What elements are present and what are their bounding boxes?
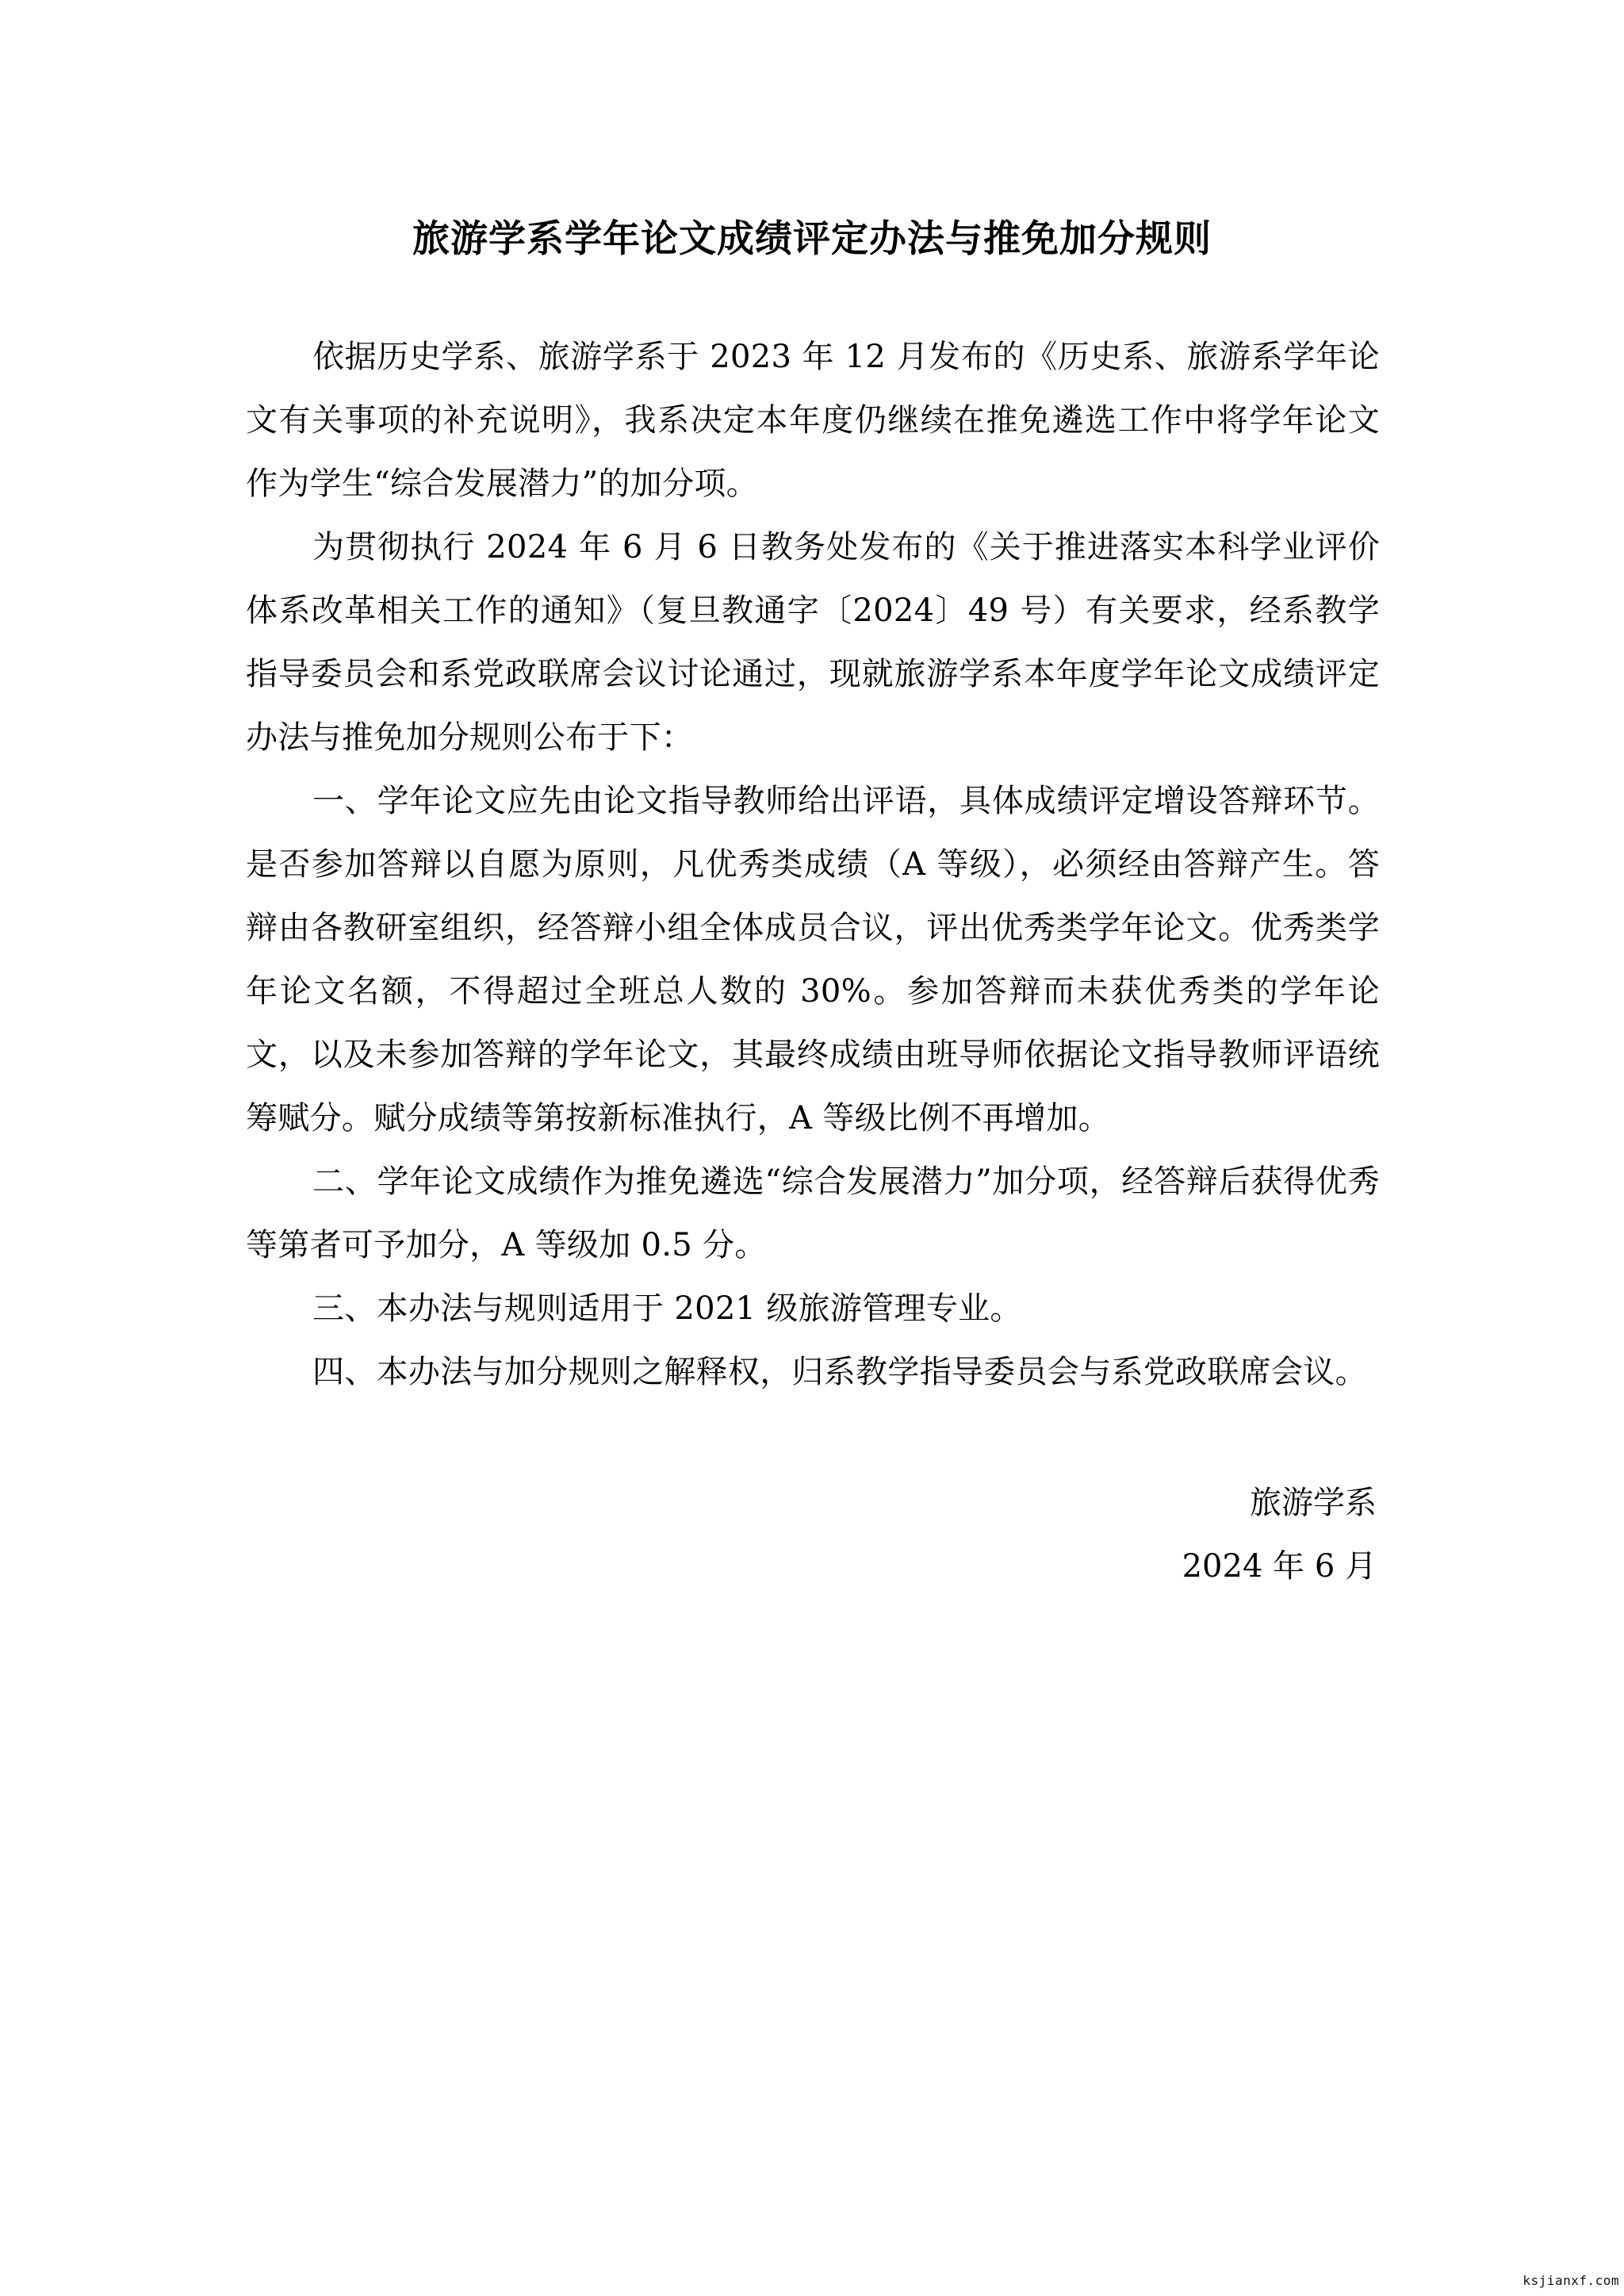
document-title: 旅游学系学年论文成绩评定办法与推免加分规则	[0, 208, 1624, 271]
paragraph-purpose: 为贯彻执行 2024 年 6 月 6 日教务处发布的《关于推进落实本科学业评价体…	[246, 516, 1380, 769]
paragraph-basis: 依据历史学系、旅游学系于 2023 年 12 月发布的《历史系、旅游系学年论文有…	[246, 325, 1380, 516]
signature-block: 旅游学系 2024 年 6 月	[1182, 1471, 1377, 1598]
paragraph-rule-2: 二、学年论文成绩作为推免遴选“综合发展潜力”加分项，经答辩后获得优秀等第者可予加…	[246, 1150, 1380, 1277]
paragraph-rule-4: 四、本办法与加分规则之解释权，归系教学指导委员会与系党政联席会议。	[246, 1340, 1380, 1404]
document-body: 依据历史学系、旅游学系于 2023 年 12 月发布的《历史系、旅游系学年论文有…	[246, 325, 1380, 1404]
paragraph-rule-3: 三、本办法与规则适用于 2021 级旅游管理专业。	[246, 1277, 1380, 1340]
document-page: 旅游学系学年论文成绩评定办法与推免加分规则 依据历史学系、旅游学系于 2023 …	[0, 0, 1624, 2296]
watermark: ksjianxf.com	[1522, 2273, 1619, 2288]
signature-date: 2024 年 6 月	[1182, 1535, 1377, 1598]
paragraph-rule-1: 一、学年论文应先由论文指导教师给出评语，具体成绩评定增设答辩环节。是否参加答辩以…	[246, 769, 1380, 1150]
signature-organization: 旅游学系	[1182, 1471, 1377, 1535]
